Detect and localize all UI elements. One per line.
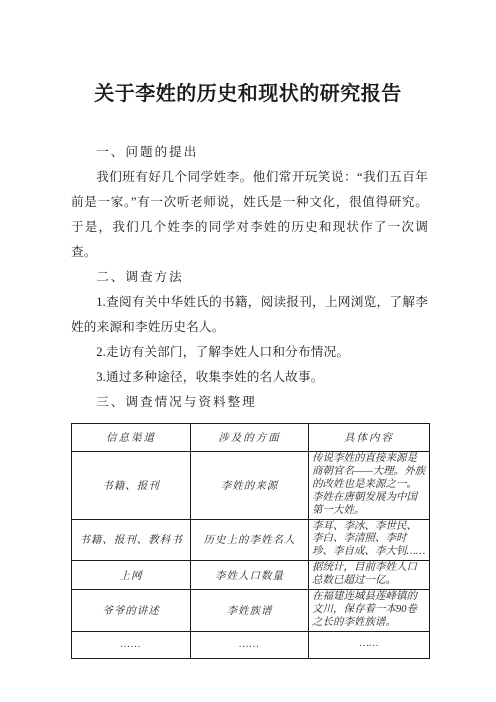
section-3-heading: 三、调查情况与资料整理: [71, 390, 428, 415]
problem-statement-paragraph: 我们班有好几个同学姓李。他们常开玩笑说：“我们五百年前是一家。”有一次听老师说，…: [71, 165, 428, 265]
table-row-ellipsis: …… …… ……: [72, 631, 430, 658]
cell-aspect: ……: [191, 631, 309, 658]
column-header-aspect: 涉及的方面: [191, 424, 309, 452]
method-item-1: 1.查阅有关中华姓氏的书籍，阅读报刊，上网浏览，了解李姓的来源和李姓历史名人。: [71, 290, 428, 340]
document-page: 关于李姓的历史和现状的研究报告 一、问题的提出 我们班有好几个同学姓李。他们常开…: [0, 0, 496, 702]
method-item-2: 2.走访有关部门，了解李姓人口和分布情况。: [71, 340, 428, 365]
cell-aspect: 李姓的来源: [191, 452, 309, 520]
column-header-info-channel: 信息渠道: [72, 424, 191, 452]
table-row-population: 上网 李姓人口数量 据统计，目前李姓人口总数已超过一亿。: [72, 561, 430, 590]
document-title: 关于李姓的历史和现状的研究报告: [0, 0, 496, 108]
cell-channel: 书籍、报刊: [72, 452, 191, 520]
method-item-3: 3.通过多种途径，收集李姓的名人故事。: [71, 365, 428, 390]
column-header-details: 具体内容: [309, 424, 430, 452]
table-row-famous-people: 书籍、报刊、教科书 历史上的李姓名人 李耳、李冰、李世民、李白、李清照、李时珍、…: [72, 519, 430, 561]
table-header-row: 信息渠道 涉及的方面 具体内容: [72, 424, 430, 452]
section-2-heading: 二、调查方法: [71, 265, 428, 290]
cell-channel: ……: [72, 631, 191, 658]
cell-aspect: 历史上的李姓名人: [191, 519, 309, 561]
cell-channel: 上网: [72, 561, 191, 590]
section-1-heading: 一、问题的提出: [71, 140, 428, 165]
cell-channel: 书籍、报刊、教科书: [72, 519, 191, 561]
cell-content: ……: [309, 631, 430, 658]
cell-channel: 爷爷的讲述: [72, 590, 191, 632]
table-row-origin: 书籍、报刊 李姓的来源 传说李姓的直接来源是商朝官名——大理。外族的改姓也是来源…: [72, 452, 430, 520]
survey-table: 信息渠道 涉及的方面 具体内容 书籍、报刊 李姓的来源 传说李姓的直接来源是商朝…: [71, 423, 430, 659]
cell-content: 据统计，目前李姓人口总数已超过一亿。: [309, 561, 430, 590]
cell-content: 李耳、李冰、李世民、李白、李清照、李时珍、李自成、李大钊……: [309, 519, 430, 561]
cell-content: 在福建连城县莲峰镇的文川，保存着一本90卷之长的李姓族谱。: [309, 590, 430, 632]
cell-content: 传说李姓的直接来源是商朝官名——大理。外族的改姓也是来源之一。李姓在唐朝发展为中…: [309, 452, 430, 520]
cell-aspect: 李姓族谱: [191, 590, 309, 632]
cell-aspect: 李姓人口数量: [191, 561, 309, 590]
table-row-genealogy: 爷爷的讲述 李姓族谱 在福建连城县莲峰镇的文川，保存着一本90卷之长的李姓族谱。: [72, 590, 430, 632]
document-body: 一、问题的提出 我们班有好几个同学姓李。他们常开玩笑说：“我们五百年前是一家。”…: [71, 140, 428, 659]
